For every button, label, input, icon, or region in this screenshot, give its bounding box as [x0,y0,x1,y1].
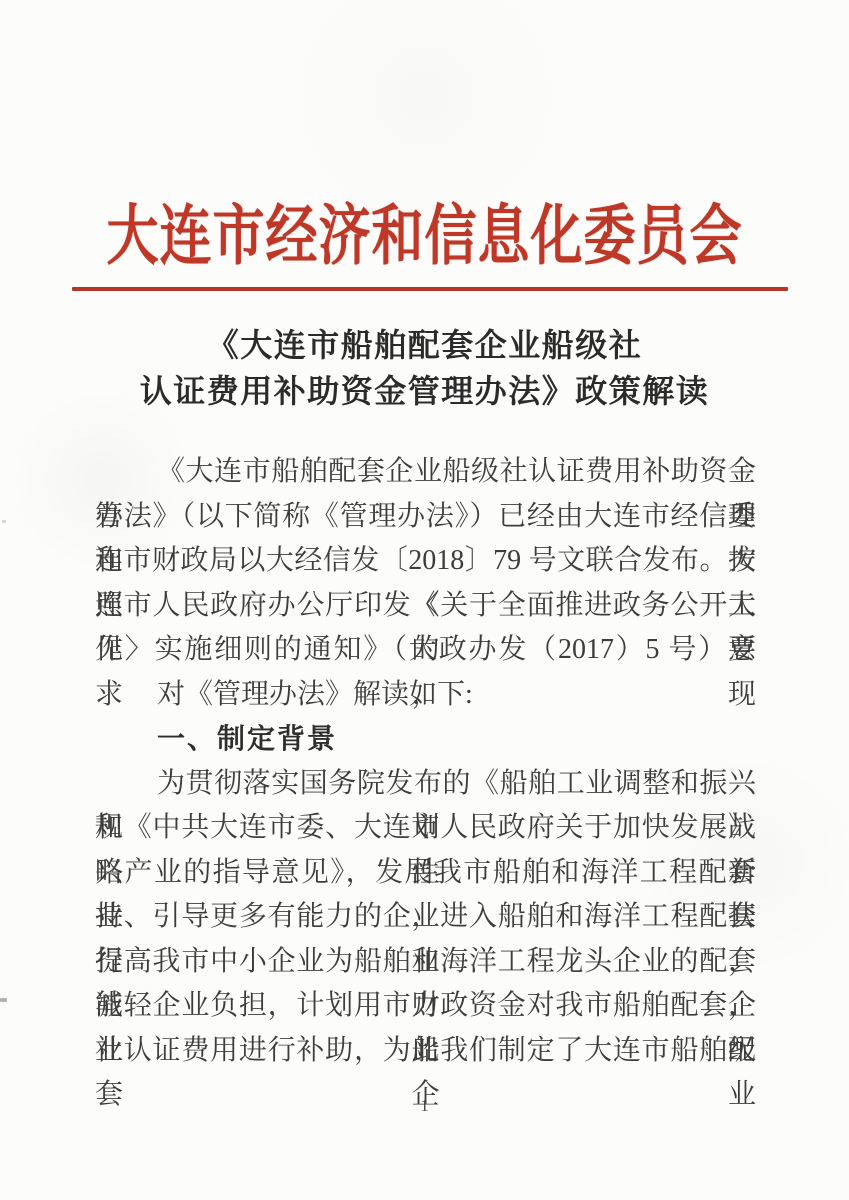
body-line: 为贯彻落实国务院发布的《船舶工业调整和振兴规划》 [95,762,756,807]
scan-speck [2,520,6,523]
body-line: 连市人民政府办公厅印发〈关于全面推进政务公开工作的意 [95,584,756,629]
document-body: 《大连市船舶配套企业船级社认证费用补助资金管理 办法》（以下简称《管理办法》）已… [95,450,756,1073]
body-line: 见〉实施细则的通知》（大政办发（2017）5 号）要求，现 [95,628,756,673]
body-line: 提高我市中小企业为船舶和海洋工程龙头企业的配套能力， [95,940,756,985]
section-heading: 一、制定背景 [95,717,756,762]
body-line: 连市财政局以大经信发〔2018〕79 号文联合发布。按照《大 [95,539,756,584]
document-title: 《大连市船舶配套企业船级社 认证费用补助资金管理办法》政策解读 [0,322,849,414]
document-title-line1: 《大连市船舶配套企业船级社 [0,322,849,368]
body-line: 办法》（以下简称《管理办法》）已经由大连市经信委和大 [95,495,756,540]
body-line: 《大连市船舶配套企业船级社认证费用补助资金管理 [95,450,756,495]
scanned-document-page: 大连市经济和信息化委员会 《大连市船舶配套企业船级社 认证费用补助资金管理办法》… [0,0,849,1200]
body-line: 和《中共大连市委、大连市人民政府关于加快发展战略性新 [95,806,756,851]
page-number: 1 [0,1096,849,1116]
body-line: 兴产业的指导意见》，发展我市船舶和海洋工程配套业，扶 [95,851,756,896]
body-line: 社认证费用进行补助，为此我们制定了大连市船舶配套企业 [95,1029,756,1074]
document-title-line2: 认证费用补助资金管理办法》政策解读 [0,368,849,414]
letterhead-divider-rule [72,287,788,291]
scan-speck [0,998,7,1002]
body-line: 持、引导更多有能力的企业进入船舶和海洋工程配套行业， [95,895,756,940]
agency-letterhead-title: 大连市经济和信息化委员会 [0,188,849,289]
body-line: 减轻企业负担，计划用市财政资金对我市船舶配套企业船级 [95,984,756,1029]
